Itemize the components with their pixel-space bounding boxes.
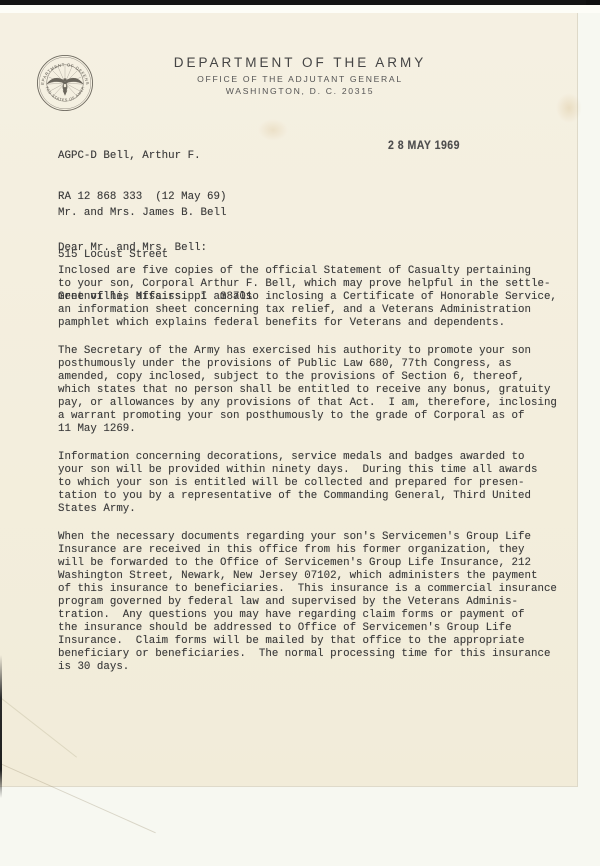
scan-margin-strip xyxy=(0,5,600,13)
scanned-letter: { "letterhead": { "department": "DEPARTM… xyxy=(0,0,600,866)
department-of-defense-seal-icon: DEPARTMENT OF DEFENSE UNITED STATES OF A… xyxy=(36,53,94,113)
letterhead-office: OFFICE OF THE ADJUTANT GENERAL xyxy=(140,74,460,84)
scan-left-edge xyxy=(0,655,2,798)
letter-paper: DEPARTMENT OF DEFENSE UNITED STATES OF A… xyxy=(0,13,578,787)
reference-line-1: AGPC-D Bell, Arthur F. xyxy=(58,150,226,164)
paragraph-4: When the necessary documents regarding y… xyxy=(58,531,563,674)
paragraph-1: Inclosed are five copies of the official… xyxy=(58,265,563,330)
paragraph-3: Information concerning decorations, serv… xyxy=(58,451,563,516)
date-stamp: 2 8 MAY 1969 xyxy=(388,140,460,152)
paper-stain xyxy=(556,93,582,123)
letter-body: Dear Mr. and Mrs. Bell: Inclosed are fiv… xyxy=(58,242,563,689)
paragraph-2: The Secretary of the Army has exercised … xyxy=(58,345,563,436)
paper-stain xyxy=(258,119,288,141)
paper-crease xyxy=(0,689,77,758)
paper-crease xyxy=(0,755,156,833)
letterhead-address: WASHINGTON, D. C. 20315 xyxy=(140,86,460,96)
letterhead-department: DEPARTMENT OF THE ARMY xyxy=(140,55,460,70)
recipient-name: Mr. and Mrs. James B. Bell xyxy=(58,206,252,220)
salutation: Dear Mr. and Mrs. Bell: xyxy=(58,242,563,255)
letterhead: DEPARTMENT OF THE ARMY OFFICE OF THE ADJ… xyxy=(140,55,460,96)
